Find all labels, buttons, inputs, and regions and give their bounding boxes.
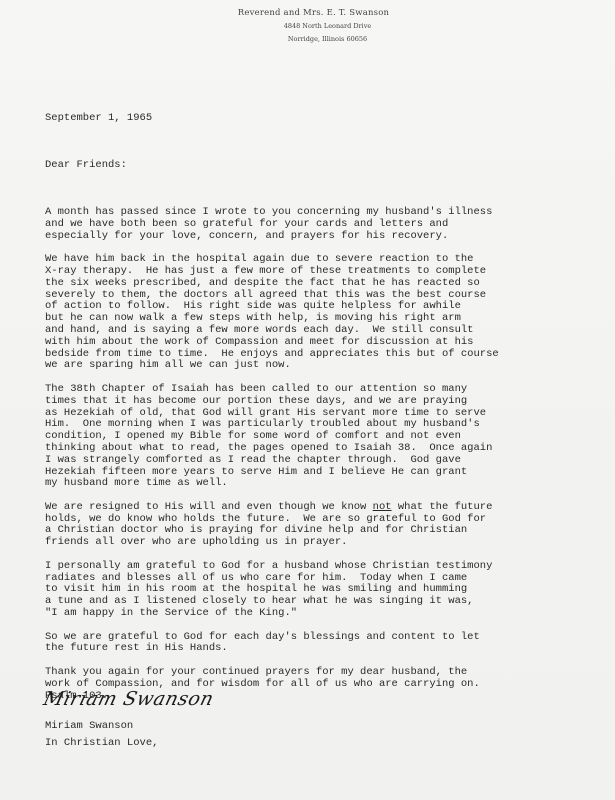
letterhead: Reverend and Mrs. E. T. Swanson 4848 Nor… xyxy=(0,6,615,46)
text-line: I was strangely comforted as I read the … xyxy=(45,455,605,467)
text-line: the future rest in His Hands. xyxy=(45,643,605,655)
text-line: X-ray therapy. He has just a few more of… xyxy=(45,266,605,278)
text-line: the six weeks prescribed, and despite th… xyxy=(45,278,605,290)
paragraph: We have him back in the hospital again d… xyxy=(45,254,605,372)
text-line: and we have both been so grateful for yo… xyxy=(45,219,605,231)
letterhead-city: Norridge, Illinois 60656 xyxy=(40,33,615,46)
letter-body: September 1, 1965 Dear Friends: A month … xyxy=(45,89,605,785)
letterhead-name: Reverend and Mrs. E. T. Swanson xyxy=(12,6,615,20)
underlined-word: not xyxy=(373,501,392,513)
paragraph: We are resigned to His will and even tho… xyxy=(45,502,605,549)
salutation: Dear Friends: xyxy=(45,160,605,172)
text-line: A month has passed since I wrote to you … xyxy=(45,207,605,219)
paragraph: The 38th Chapter of Isaiah has been call… xyxy=(45,384,605,490)
typed-signature-name: Miriam Swanson xyxy=(45,720,133,732)
paragraph: A month has passed since I wrote to you … xyxy=(45,207,605,242)
text-line: thinking about what to read, the pages o… xyxy=(45,443,605,455)
text-line: I personally am grateful to God for a hu… xyxy=(45,561,605,573)
text-line: and hand, and is saying a few more words… xyxy=(45,325,605,337)
text-line: with him about the work of Compassion an… xyxy=(45,337,605,349)
letterhead-street: 4848 North Leonard Drive xyxy=(40,20,615,33)
paragraph: So we are grateful to God for each day's… xyxy=(45,632,605,656)
letter-date: September 1, 1965 xyxy=(45,113,605,125)
text-line: "I am happy in the Service of the King." xyxy=(45,608,605,620)
letter-paragraphs: A month has passed since I wrote to you … xyxy=(45,207,605,702)
text-line: We are resigned to His will and even tho… xyxy=(45,502,605,514)
letter-page: Reverend and Mrs. E. T. Swanson 4848 Nor… xyxy=(0,0,615,800)
text-line: we are sparing him all we can just now. xyxy=(45,360,605,372)
text-line: The 38th Chapter of Isaiah has been call… xyxy=(45,384,605,396)
text-line: my husband more time as well. xyxy=(45,478,605,490)
text-line: especially for your love, concern, and p… xyxy=(45,231,605,243)
handwritten-signature: Miriam Swanson xyxy=(41,688,216,710)
text-line: friends all over who are upholding us in… xyxy=(45,537,605,549)
text-line: times that it has become our portion the… xyxy=(45,396,605,408)
closing: In Christian Love, xyxy=(45,738,605,750)
paragraph: I personally am grateful to God for a hu… xyxy=(45,561,605,620)
